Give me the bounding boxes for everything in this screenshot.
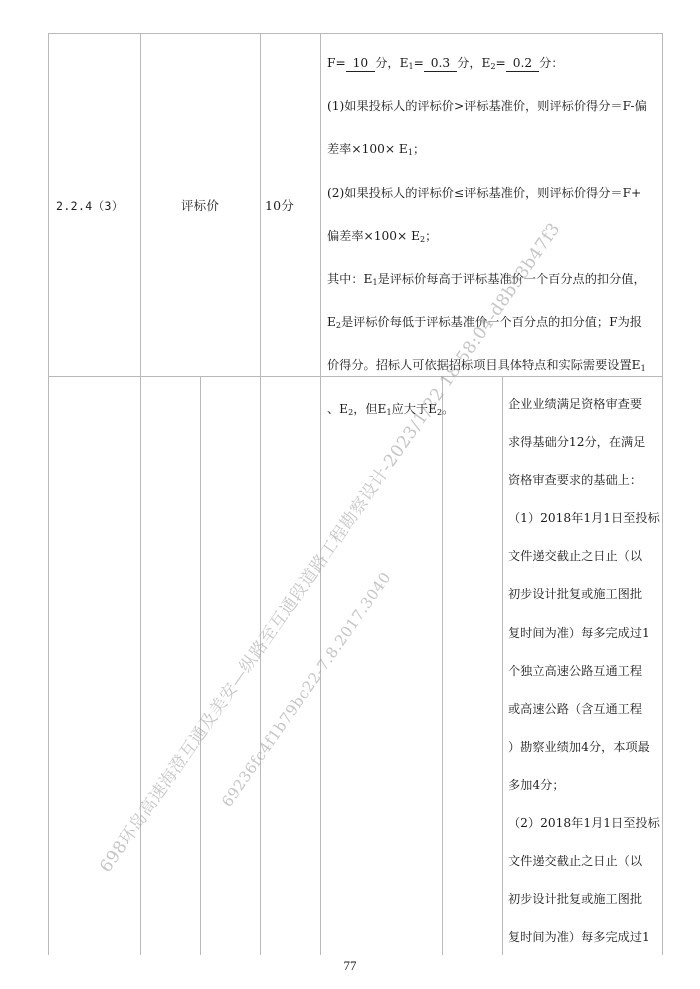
performance-line: ）勘察业绩加4分，本项最 [508,728,658,766]
e1-value: 0.3 [424,56,457,72]
note-line-3: 价得分。招标人可依据招标项目具体特点和实际需要设置E1 [327,344,662,387]
rule-1-line-2: 差率×100× E1； [327,128,662,171]
performance-criteria: 企业业绩满足资格审查要求得基础分12分，在满足资格审查要求的基础上：（1）201… [508,385,658,956]
clause-number: 2.2.4（3） [56,198,124,214]
performance-line: （1）2018年1月1日至投标 [508,499,658,537]
performance-line: （2）2018年1月1日至投标 [508,804,658,842]
col-divider-3 [260,33,261,955]
performance-line: 复时间为准）每多完成过1 [508,614,658,652]
rule-2-line-1: (2)如果投标人的评标价≤评标基准价，则评标价得分＝F+ [327,172,662,215]
performance-line: 企业业绩满足资格审查要 [508,385,658,423]
col-divider-6 [502,376,503,955]
page-number: 77 [0,958,700,974]
performance-line: 文件递交截止之日止（以 [508,537,658,575]
performance-line: 或高速公路（含互通工程 [508,690,658,728]
col-divider-4 [320,33,321,955]
performance-line: 求得基础分12分，在满足 [508,423,658,461]
col-divider-5 [442,376,443,955]
table-right-border [662,33,663,955]
rule-1-line-1: (1)如果投标人的评标价>评标基准价，则评标价得分＝F-偏 [327,85,662,128]
watermark-line-2: 69236fc4f1b79bc22-7.8.2017.3040 [218,569,395,811]
criteria-params: F=10分，E1=0.3分，E2=0.2分： [327,42,662,85]
evaluation-criteria: F=10分，E1=0.3分，E2=0.2分： (1)如果投标人的评标价>评标基准… [327,42,662,431]
f-value: 10 [346,56,376,72]
performance-line: 初步设计批复或施工图批 [508,575,658,613]
col-divider-2 [200,376,201,955]
e2-value: 0.2 [506,56,539,72]
performance-line: 文件递交截止之日止（以 [508,842,658,880]
performance-line: 多加4分； [508,766,658,804]
performance-line: 复时间为准）每多完成过1 [508,918,658,956]
document-page: 2.2.4（3） 评标价 10分 F=10分，E1=0.3分，E2=0.2分： … [0,0,700,989]
performance-line: 资格审查要求的基础上： [508,461,658,499]
factor-score: 10分 [265,196,294,214]
performance-line: 个独立高速公路互通工程 [508,652,658,690]
rule-2-line-2: 偏差率×100× E2； [327,215,662,258]
evaluation-factor: 评标价 [140,196,260,214]
performance-line: 初步设计批复或施工图批 [508,880,658,918]
table-left-border [48,33,49,955]
